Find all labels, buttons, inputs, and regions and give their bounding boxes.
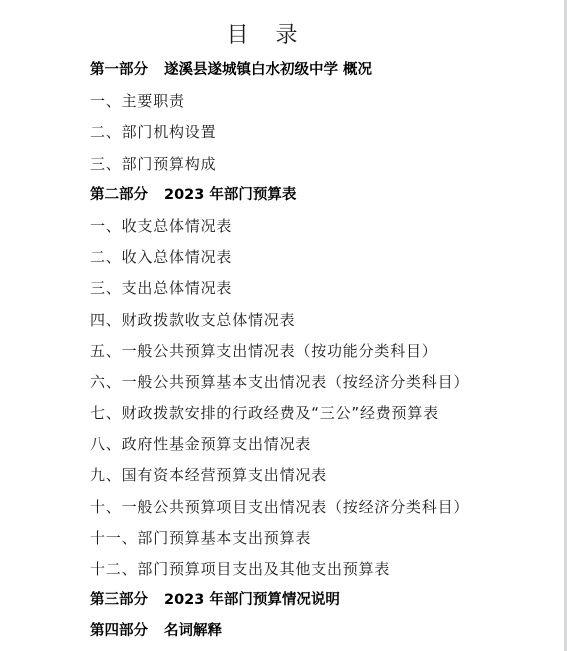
part-prefix: 第四部分 xyxy=(90,623,148,639)
toc-item[interactable]: 五、一般公共预算支出情况表（按功能分类科目） xyxy=(90,339,469,370)
toc-item[interactable]: 一、收支总体情况表 xyxy=(90,214,469,245)
part-title: 2023 年部门预算表 xyxy=(164,187,296,203)
document-page: 目 录 第一部分遂溪县遂城镇白水初级中学 概况 一、主要职责 二、部门机构设置 … xyxy=(0,0,564,651)
toc-part-2[interactable]: 第二部分2023 年部门预算表 xyxy=(90,183,469,214)
toc-part-1[interactable]: 第一部分遂溪县遂城镇白水初级中学 概况 xyxy=(90,58,469,89)
part-prefix: 第三部分 xyxy=(90,592,148,608)
toc-item[interactable]: 三、部门预算构成 xyxy=(90,152,469,183)
part-prefix: 第二部分 xyxy=(90,187,148,203)
part-title: 名词解释 xyxy=(164,623,222,639)
toc-item[interactable]: 二、部门机构设置 xyxy=(90,120,469,151)
toc-item[interactable]: 二、收入总体情况表 xyxy=(90,245,469,276)
part-title: 2023 年部门预算情况说明 xyxy=(164,592,340,608)
part-prefix: 第一部分 xyxy=(90,62,148,78)
toc-item[interactable]: 九、国有资本经营预算支出情况表 xyxy=(90,463,469,494)
toc-item[interactable]: 六、一般公共预算基本支出情况表（按经济分类科目） xyxy=(90,370,469,401)
toc-part-4[interactable]: 第四部分名词解释 xyxy=(90,619,469,650)
toc-title: 目 录 xyxy=(0,22,534,50)
toc-item[interactable]: 十一、部门预算基本支出预算表 xyxy=(90,526,469,557)
toc-part-3[interactable]: 第三部分2023 年部门预算情况说明 xyxy=(90,588,469,619)
toc-item[interactable]: 十、一般公共预算项目支出情况表（按经济分类科目） xyxy=(90,495,469,526)
toc-item[interactable]: 一、主要职责 xyxy=(90,89,469,120)
toc-item[interactable]: 十二、部门预算项目支出及其他支出预算表 xyxy=(90,557,469,588)
toc-item[interactable]: 八、政府性基金预算支出情况表 xyxy=(90,432,469,463)
table-of-contents: 第一部分遂溪县遂城镇白水初级中学 概况 一、主要职责 二、部门机构设置 三、部门… xyxy=(90,58,469,651)
toc-item[interactable]: 三、支出总体情况表 xyxy=(90,276,469,307)
toc-item[interactable]: 七、财政拨款安排的行政经费及“三公”经费预算表 xyxy=(90,401,469,432)
part-title: 遂溪县遂城镇白水初级中学 概况 xyxy=(164,62,372,78)
toc-item[interactable]: 四、财政拨款收支总体情况表 xyxy=(90,308,469,339)
